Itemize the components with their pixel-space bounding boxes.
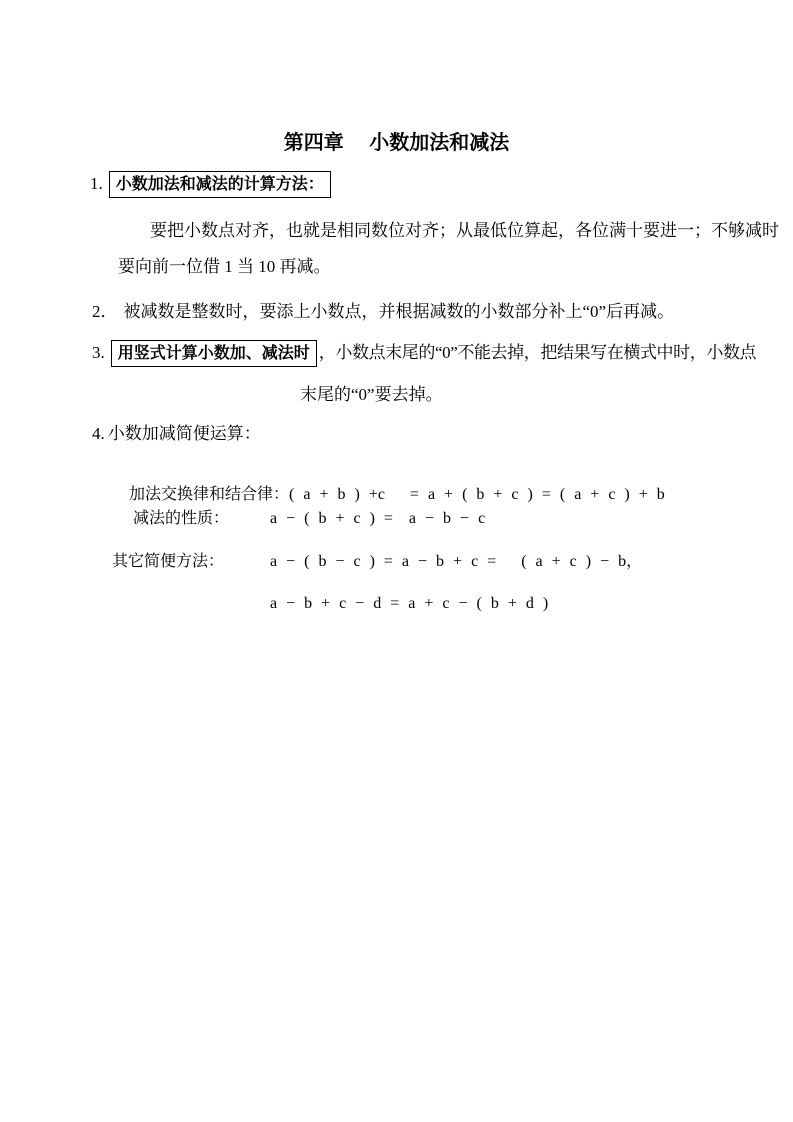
formula-4-expression: a − b + c − d = a + c − ( b + d ) xyxy=(270,594,548,613)
list-item-4: 4. 小数加减简便运算： xyxy=(92,424,261,444)
document-page: 第四章 小数加法和减法 1. 小数加法和减法的计算方法： 要把小数点对齐，也就是… xyxy=(0,0,793,1122)
formula-2-label: 减法的性质： xyxy=(133,509,229,528)
list-item-3: 3. 用竖式计算小数加、减法时 ，小数点末尾的“0”不能去掉，把结果写在横式中时… xyxy=(92,340,756,367)
paragraph-line-1: 要把小数点对齐，也就是相同数位对齐；从最低位算起，各位满十要进一；不够减时 xyxy=(150,221,779,241)
list-item-1: 1. 小数加法和减法的计算方法： xyxy=(90,171,331,198)
formula-1-label: 加法交换律和结合律： xyxy=(129,486,289,503)
item-1-boxed-heading: 小数加法和减法的计算方法： xyxy=(109,171,331,198)
item-3-line-2: 末尾的“0”要去掉。 xyxy=(300,385,443,405)
item-2-text: 被减数是整数时，要添上小数点，并根据减数的小数部分补上“0”后再减。 xyxy=(124,302,675,322)
item-3-number: 3. xyxy=(92,343,105,363)
item-2-number: 2． xyxy=(92,302,118,322)
item-3-boxed-heading: 用竖式计算小数加、减法时 xyxy=(111,340,317,367)
item-3-continuation: ，小数点末尾的“0”不能去掉，把结果写在横式中时，小数点 xyxy=(319,343,756,363)
formula-3-expression: a − ( b − c ) = a − b + c = ( a + c ) − … xyxy=(270,552,642,571)
list-item-2: 2． 被减数是整数时，要添上小数点，并根据减数的小数部分补上“0”后再减。 xyxy=(92,302,674,322)
item-1-number: 1. xyxy=(90,174,103,194)
formula-3-label: 其它简便方法： xyxy=(112,552,224,571)
formula-1-expression: ( a + b ) +c = a + ( b + c ) = ( a + c )… xyxy=(289,486,665,503)
item-4-text: 小数加减简便运算： xyxy=(108,424,261,444)
page-title: 第四章 小数加法和减法 xyxy=(0,131,793,155)
formula-2-expression: a − ( b + c ) = a − b − c xyxy=(270,509,485,528)
item-4-number: 4. xyxy=(92,424,105,444)
paragraph-line-2: 要向前一位借 1 当 10 再减。 xyxy=(118,257,331,277)
